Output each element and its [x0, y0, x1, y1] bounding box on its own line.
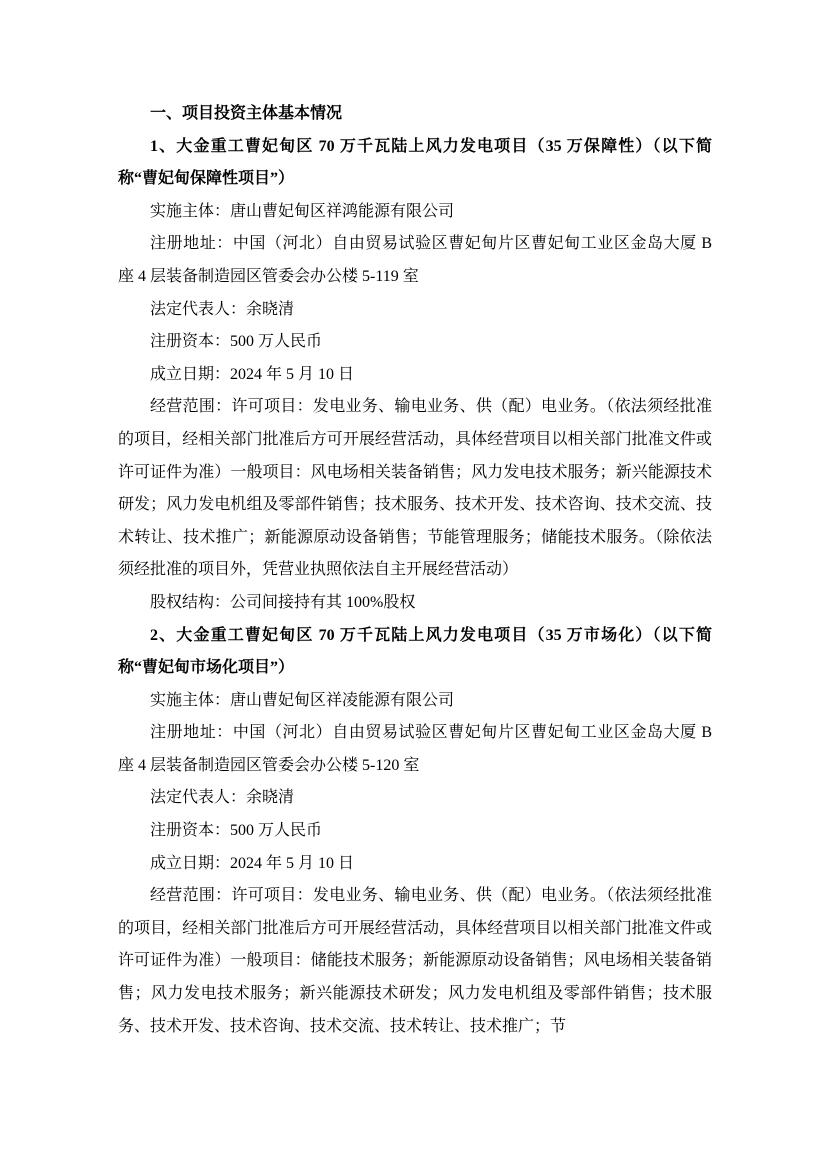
document-body: 一、项目投资主体基本情况1、大金重工曹妃甸区 70 万千瓦陆上风力发电项目（35…: [118, 98, 712, 1043]
project-2-legal-representative: 法定代表人：余晓清: [118, 782, 712, 815]
document-page: 一、项目投资主体基本情况1、大金重工曹妃甸区 70 万千瓦陆上风力发电项目（35…: [0, 0, 827, 1169]
project-1-legal-representative: 法定代表人：余晓清: [118, 294, 712, 327]
project-2-business-scope: 经营范围：许可项目：发电业务、输电业务、供（配）电业务。（依法须经批准的项目，经…: [118, 880, 712, 1043]
project-1-registered-capital: 注册资本：500 万人民币: [118, 326, 712, 359]
section-heading: 一、项目投资主体基本情况: [118, 98, 712, 131]
project-1-implementing-entity: 实施主体：唐山曹妃甸区祥鸿能源有限公司: [118, 196, 712, 229]
project-2-establishment-date: 成立日期：2024 年 5 月 10 日: [118, 848, 712, 881]
project-2-implementing-entity: 实施主体：唐山曹妃甸区祥凌能源有限公司: [118, 685, 712, 718]
project-1-registered-address: 注册地址：中国（河北）自由贸易试验区曹妃甸片区曹妃甸工业区金岛大厦 B 座 4 …: [118, 228, 712, 293]
project-1-establishment-date: 成立日期：2024 年 5 月 10 日: [118, 359, 712, 392]
project-2-heading: 2、大金重工曹妃甸区 70 万千瓦陆上风力发电项目（35 万市场化）（以下简称“…: [118, 620, 712, 685]
project-1-equity-structure: 股权结构：公司间接持有其 100%股权: [118, 587, 712, 620]
project-1-business-scope: 经营范围：许可项目：发电业务、输电业务、供（配）电业务。（依法须经批准的项目，经…: [118, 391, 712, 587]
project-2-registered-capital: 注册资本：500 万人民币: [118, 815, 712, 848]
project-1-heading: 1、大金重工曹妃甸区 70 万千瓦陆上风力发电项目（35 万保障性）（以下简称“…: [118, 131, 712, 196]
project-2-registered-address: 注册地址：中国（河北）自由贸易试验区曹妃甸片区曹妃甸工业区金岛大厦 B 座 4 …: [118, 717, 712, 782]
